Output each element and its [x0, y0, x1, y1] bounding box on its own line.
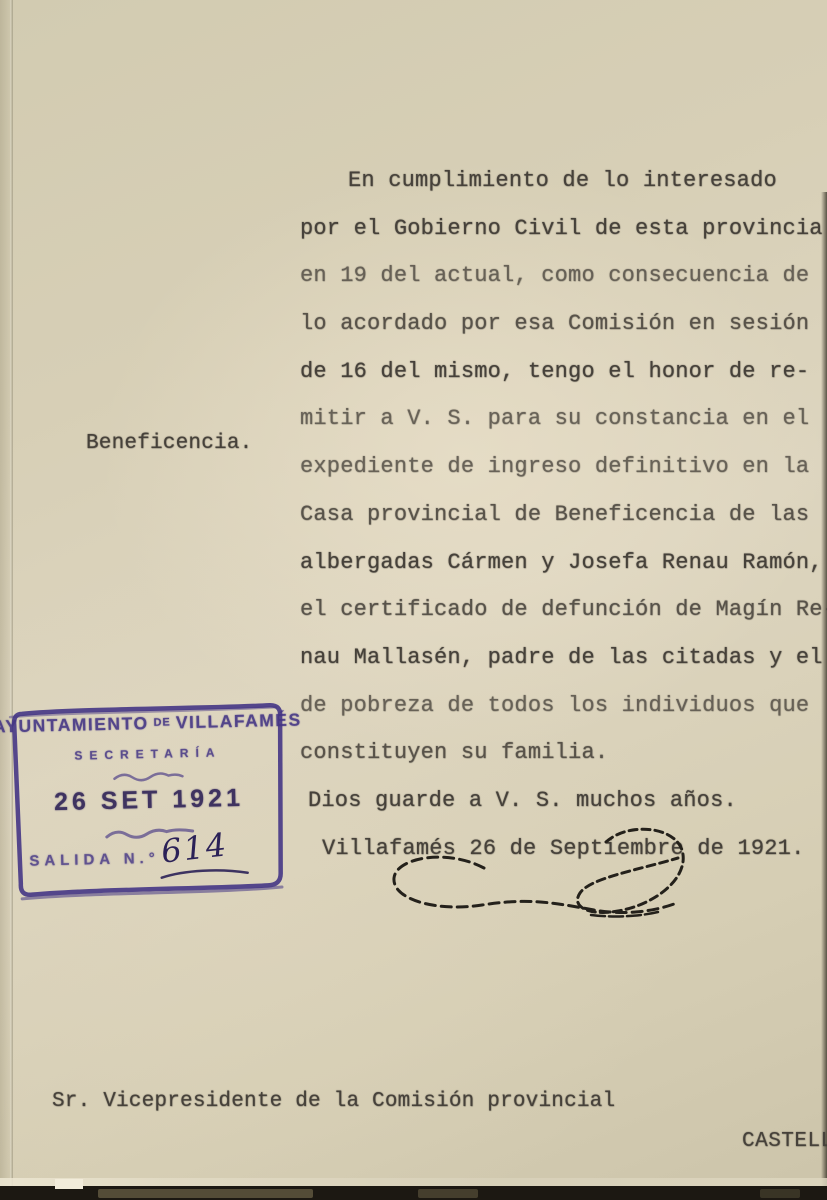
stamp-registry-label: SALIDA N.°	[29, 850, 160, 870]
margin-note: Beneficencia.	[86, 432, 252, 455]
typed-line: en 19 del actual, como consecuencia de	[300, 263, 827, 311]
signature-flourish	[366, 820, 716, 940]
scan-bottom-artifact	[418, 1189, 478, 1198]
typed-line: En cumplimiento de lo interesado	[300, 168, 827, 216]
paper-crease-line	[10, 0, 13, 1200]
stamp-org-de: DE	[153, 716, 171, 728]
scan-bottom-artifact	[760, 1189, 800, 1198]
stamp-org-left: AYUNTAMIENTO	[0, 713, 149, 738]
scanned-letter-page: Beneficencia. En cumplimiento de lo inte…	[0, 0, 827, 1200]
typed-line: Casa provincial de Beneficencia de las	[300, 502, 827, 550]
registry-number-flourish	[160, 866, 252, 882]
addressee-line: Sr. Vicepresidente de la Comisión provin…	[52, 1090, 615, 1113]
scan-bottom-artifact	[98, 1189, 313, 1198]
typed-line: mitir a V. S. para su constancia en el	[300, 406, 827, 454]
typed-line: albergadas Cármen y Josefa Renau Ramón,	[300, 550, 827, 598]
typed-line: lo acordado por esa Comisión en sesión	[300, 311, 827, 359]
typed-line: de 16 del mismo, tengo el honor de re-	[300, 359, 827, 407]
stamp-registry-number-handwritten: 614	[159, 825, 230, 870]
typed-line: el certificado de defunción de Magín Re-	[300, 597, 827, 645]
typed-line: de pobreza de todos los individuos que	[300, 693, 827, 741]
typed-line: por el Gobierno Civil de esta provincia	[300, 216, 827, 264]
addressee-city: CASTELLÓN.	[742, 1130, 827, 1153]
typed-line: constituyen su familia.	[300, 740, 827, 788]
typed-line: nau Mallasén, padre de las citadas y el	[300, 645, 827, 693]
letter-body: En cumplimiento de lo interesado por el …	[300, 168, 827, 883]
registry-stamp: AYUNTAMIENTO DE VILLAFAMÉS SECRETARÍA 26…	[6, 697, 293, 905]
typed-line: expediente de ingreso definitivo en la	[300, 454, 827, 502]
scan-bottom-artifact	[55, 1179, 83, 1189]
stamp-org-right: VILLAFAMÉS	[176, 710, 302, 734]
